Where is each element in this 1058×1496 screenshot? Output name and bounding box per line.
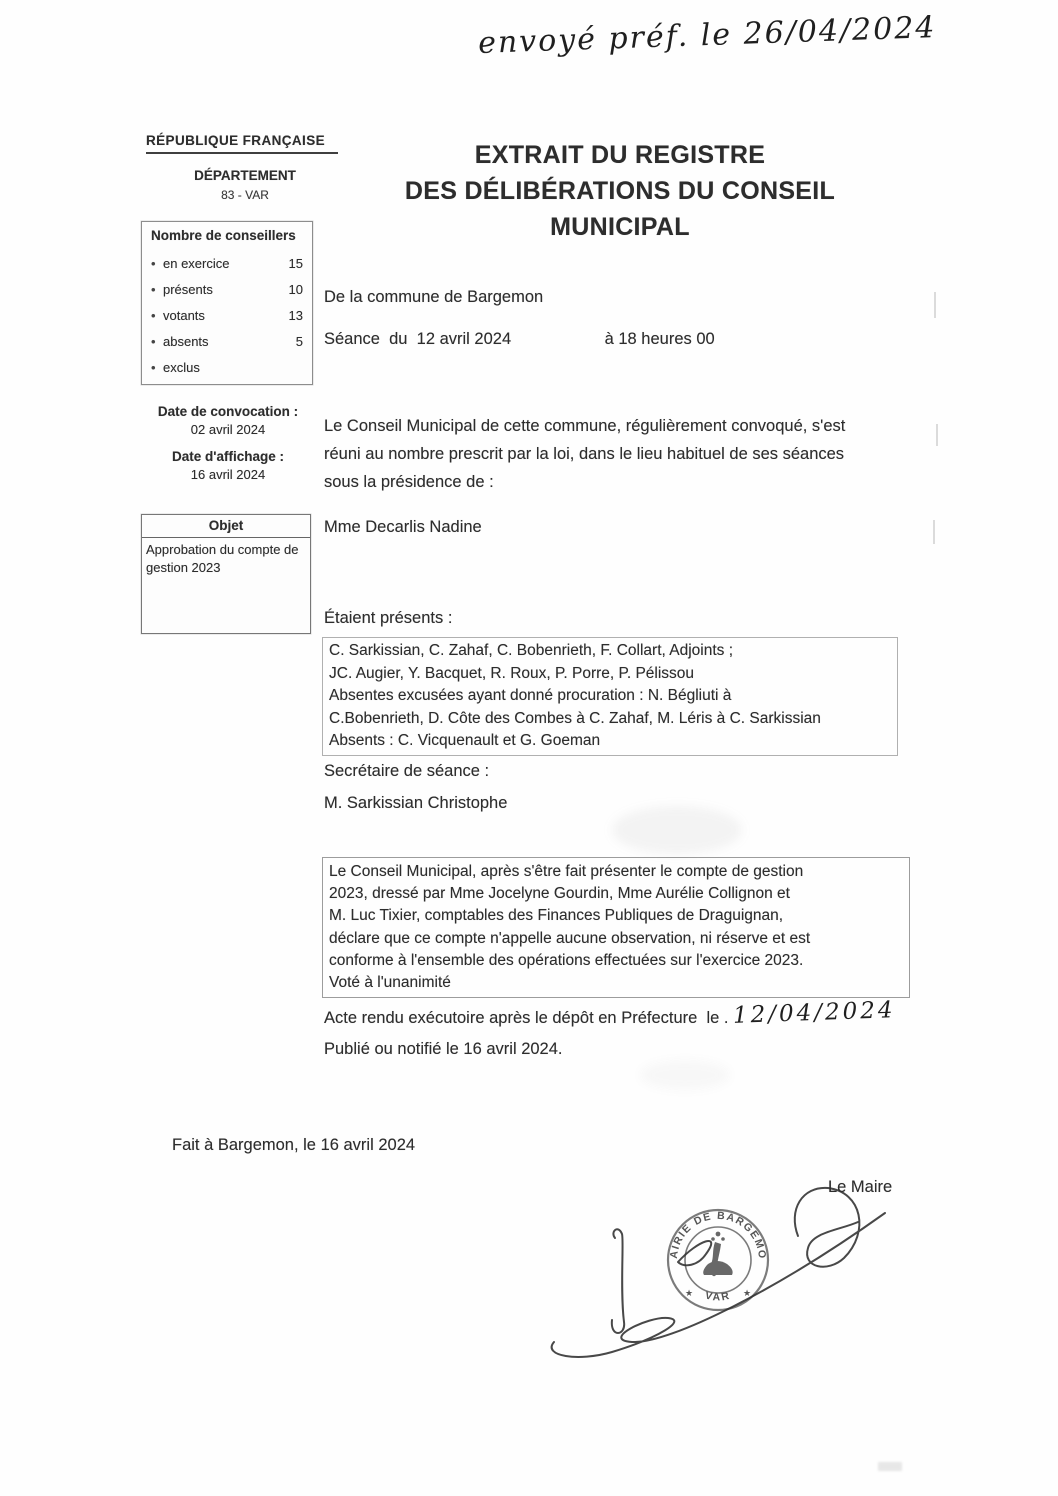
- dates-block: Date de convocation : 02 avril 2024 Date…: [138, 404, 318, 494]
- display-date-label: Date d'affichage :: [138, 449, 318, 464]
- department-block: DÉPARTEMENT 83 - VAR: [160, 168, 330, 202]
- deliberation-box: Le Conseil Municipal, après s'être fait …: [322, 857, 910, 998]
- attendee-line: Absentes excusées ayant donné procuratio…: [329, 685, 891, 708]
- bullet-icon: •: [151, 355, 163, 381]
- objet-body: Approbation du compte de gestion 2023: [142, 538, 310, 580]
- attendee-line: JC. Augier, Y. Bacquet, R. Roux, P. Porr…: [329, 663, 891, 686]
- scan-artifact: [612, 806, 742, 854]
- bullet-icon: •: [151, 277, 163, 303]
- scan-artifact: [933, 520, 935, 544]
- bullet-icon: •: [151, 303, 163, 329]
- attendee-line: C.Bobenrieth, D. Côte des Combes à C. Za…: [329, 708, 891, 731]
- executory-date-handwritten: 12/04/2024: [733, 997, 896, 1029]
- seance-row: Séance du 12 avril 2024 à 18 heures 00: [324, 330, 715, 349]
- department-label: DÉPARTEMENT: [160, 168, 330, 183]
- counselor-row: • présents 10: [151, 277, 303, 303]
- deliberation-line: M. Luc Tixier, comptables des Finances P…: [329, 905, 903, 927]
- secretary-label: Secrétaire de séance :: [324, 762, 489, 781]
- intro-line: réuni au nombre prescrit par la loi, dan…: [324, 440, 894, 468]
- executory-prefix: Acte rendu exécutoire après le dépôt en …: [324, 1009, 729, 1027]
- document-title: EXTRAIT DU REGISTRE DES DÉLIBÉRATIONS DU…: [340, 137, 900, 245]
- done-at-line: Fait à Bargemon, le 16 avril 2024: [172, 1136, 415, 1155]
- published-line: Publié ou notifié le 16 avril 2024.: [324, 1040, 563, 1059]
- intro-paragraph: Le Conseil Municipal de cette commune, r…: [324, 412, 894, 496]
- president-name: Mme Decarlis Nadine: [324, 518, 482, 537]
- counselor-row: • absents 5: [151, 329, 303, 355]
- convocation-date-value: 02 avril 2024: [138, 422, 318, 437]
- counselor-label: en exercice: [163, 251, 279, 277]
- intro-line: sous la présidence de :: [324, 468, 894, 496]
- republic-header: RÉPUBLIQUE FRANÇAISE: [146, 133, 338, 154]
- counselors-box: Nombre de conseillers • en exercice 15 •…: [141, 221, 313, 385]
- scan-artifact: [878, 1462, 902, 1471]
- objet-box: Objet Approbation du compte de gestion 2…: [141, 514, 311, 634]
- counselor-label: votants: [163, 303, 279, 329]
- deliberation-line: déclare que ce compte n'appelle aucune o…: [329, 928, 903, 950]
- counselor-label: absents: [163, 329, 279, 355]
- counselor-value: 5: [279, 329, 303, 355]
- title-line-2: DES DÉLIBÉRATIONS DU CONSEIL: [340, 173, 900, 209]
- objet-title: Objet: [142, 515, 310, 538]
- attendee-line: Absents : C. Vicquenault et G. Goeman: [329, 730, 891, 753]
- commune-line: De la commune de Bargemon: [324, 288, 543, 307]
- secretary-name: M. Sarkissian Christophe: [324, 794, 507, 813]
- seance-time: à 18 heures 00: [605, 330, 715, 348]
- republic-underline: [146, 152, 338, 154]
- handwritten-note: envoyé préf. le 26/04/2024: [478, 10, 937, 61]
- bullet-icon: •: [151, 329, 163, 355]
- scan-artifact: [934, 292, 936, 318]
- counselor-row: • votants 13: [151, 303, 303, 329]
- scan-artifact: [640, 1060, 730, 1090]
- attendee-line: C. Sarkissian, C. Zahaf, C. Bobenrieth, …: [329, 640, 891, 663]
- display-date-value: 16 avril 2024: [138, 467, 318, 482]
- deliberation-line: Voté à l'unanimité: [329, 972, 903, 994]
- executory-line: Acte rendu exécutoire après le dépôt en …: [324, 1003, 896, 1029]
- deliberation-line: Le Conseil Municipal, après s'être fait …: [329, 861, 903, 883]
- title-line-3: MUNICIPAL: [340, 209, 900, 245]
- republic-title: RÉPUBLIQUE FRANÇAISE: [146, 133, 338, 148]
- scanned-document-page: envoyé préf. le 26/04/2024 RÉPUBLIQUE FR…: [0, 0, 1058, 1496]
- signature: [540, 1170, 930, 1370]
- seance-line: Séance du 12 avril 2024: [324, 330, 600, 349]
- scan-artifact: [936, 424, 938, 446]
- deliberation-line: 2023, dressé par Mme Jocelyne Gourdin, M…: [329, 883, 903, 905]
- convocation-date-label: Date de convocation :: [138, 404, 318, 419]
- counselors-title: Nombre de conseillers: [151, 228, 303, 243]
- bullet-icon: •: [151, 251, 163, 277]
- title-line-1: EXTRAIT DU REGISTRE: [340, 137, 900, 173]
- counselor-label: exclus: [163, 355, 279, 381]
- intro-line: Le Conseil Municipal de cette commune, r…: [324, 412, 894, 440]
- attendees-box: C. Sarkissian, C. Zahaf, C. Bobenrieth, …: [322, 637, 898, 756]
- deliberation-line: conforme à l'ensemble des opérations eff…: [329, 950, 903, 972]
- counselor-row: • exclus: [151, 355, 303, 381]
- counselor-value: 10: [279, 277, 303, 303]
- counselor-value: 13: [279, 303, 303, 329]
- counselor-row: • en exercice 15: [151, 251, 303, 277]
- counselor-label: présents: [163, 277, 279, 303]
- counselor-value: 15: [279, 251, 303, 277]
- department-code: 83 - VAR: [160, 188, 330, 202]
- present-label: Étaient présents :: [324, 609, 452, 628]
